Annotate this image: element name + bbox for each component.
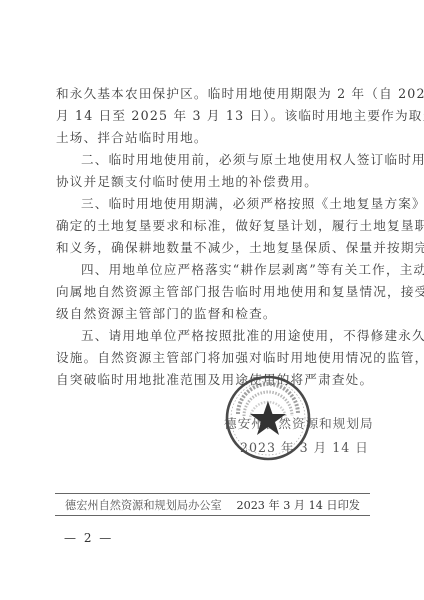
- body-line: 确定的土地复垦要求和标准，做好复垦计划，履行土地复垦职责: [56, 215, 372, 237]
- page-number: — 2 —: [64, 531, 113, 545]
- body-line: 土场、拌合站临时用地。: [56, 127, 372, 149]
- body-line: 月 14 日至 2025 年 3 月 13 日）。该临时用地主要作为取土场、弃: [56, 105, 372, 127]
- paragraph-2-first-line: 二、临时用地使用前，必须与原土地使用权人签订临时用地: [56, 149, 372, 171]
- body-line: 和义务，确保耕地数量不减少，土地复垦保质、保量并按期完成。: [56, 237, 372, 259]
- paragraph-4-first-line: 四、用地单位应严格落实“耕作层剥离”等有关工作，主动: [56, 259, 372, 281]
- document-body: 和永久基本农田保护区。临时用地使用期限为 2 年（自 2023 年 3 月 14…: [56, 83, 372, 391]
- paragraph-3-first-line: 三、临时用地使用期满，必须严格按照《土地复垦方案》中: [56, 193, 372, 215]
- body-line: 向属地自然资源主管部门报告临时用地使用和复垦情况，接受各: [56, 281, 372, 303]
- body-line: 设施。自然资源主管部门将加强对临时用地使用情况的监管，擅: [56, 347, 372, 369]
- body-line: 协议并足额支付临时使用土地的补偿费用。: [56, 171, 372, 193]
- document-page: 和永久基本农田保护区。临时用地使用期限为 2 年（自 2023 年 3 月 14…: [0, 0, 424, 600]
- footer-issuer: 德宏州自然资源和规划局办公室: [65, 497, 222, 513]
- body-line: 级自然资源主管部门的监督和检查。: [56, 303, 372, 325]
- footer-print-date: 2023 年 3 月 14 日印发: [236, 497, 360, 513]
- body-line: 和永久基本农田保护区。临时用地使用期限为 2 年（自 2023 年 3: [56, 83, 372, 105]
- body-line: 自突破临时用地批准范围及用途使用的将严肃查处。: [56, 369, 372, 391]
- print-info-block: 德宏州自然资源和规划局办公室 2023 年 3 月 14 日印发: [55, 493, 370, 516]
- footer-bottom-rule: [55, 515, 370, 516]
- paragraph-5-first-line: 五、请用地单位严格按照批准的用途使用，不得修建永久性: [56, 325, 372, 347]
- official-seal-star-icon: [224, 374, 312, 462]
